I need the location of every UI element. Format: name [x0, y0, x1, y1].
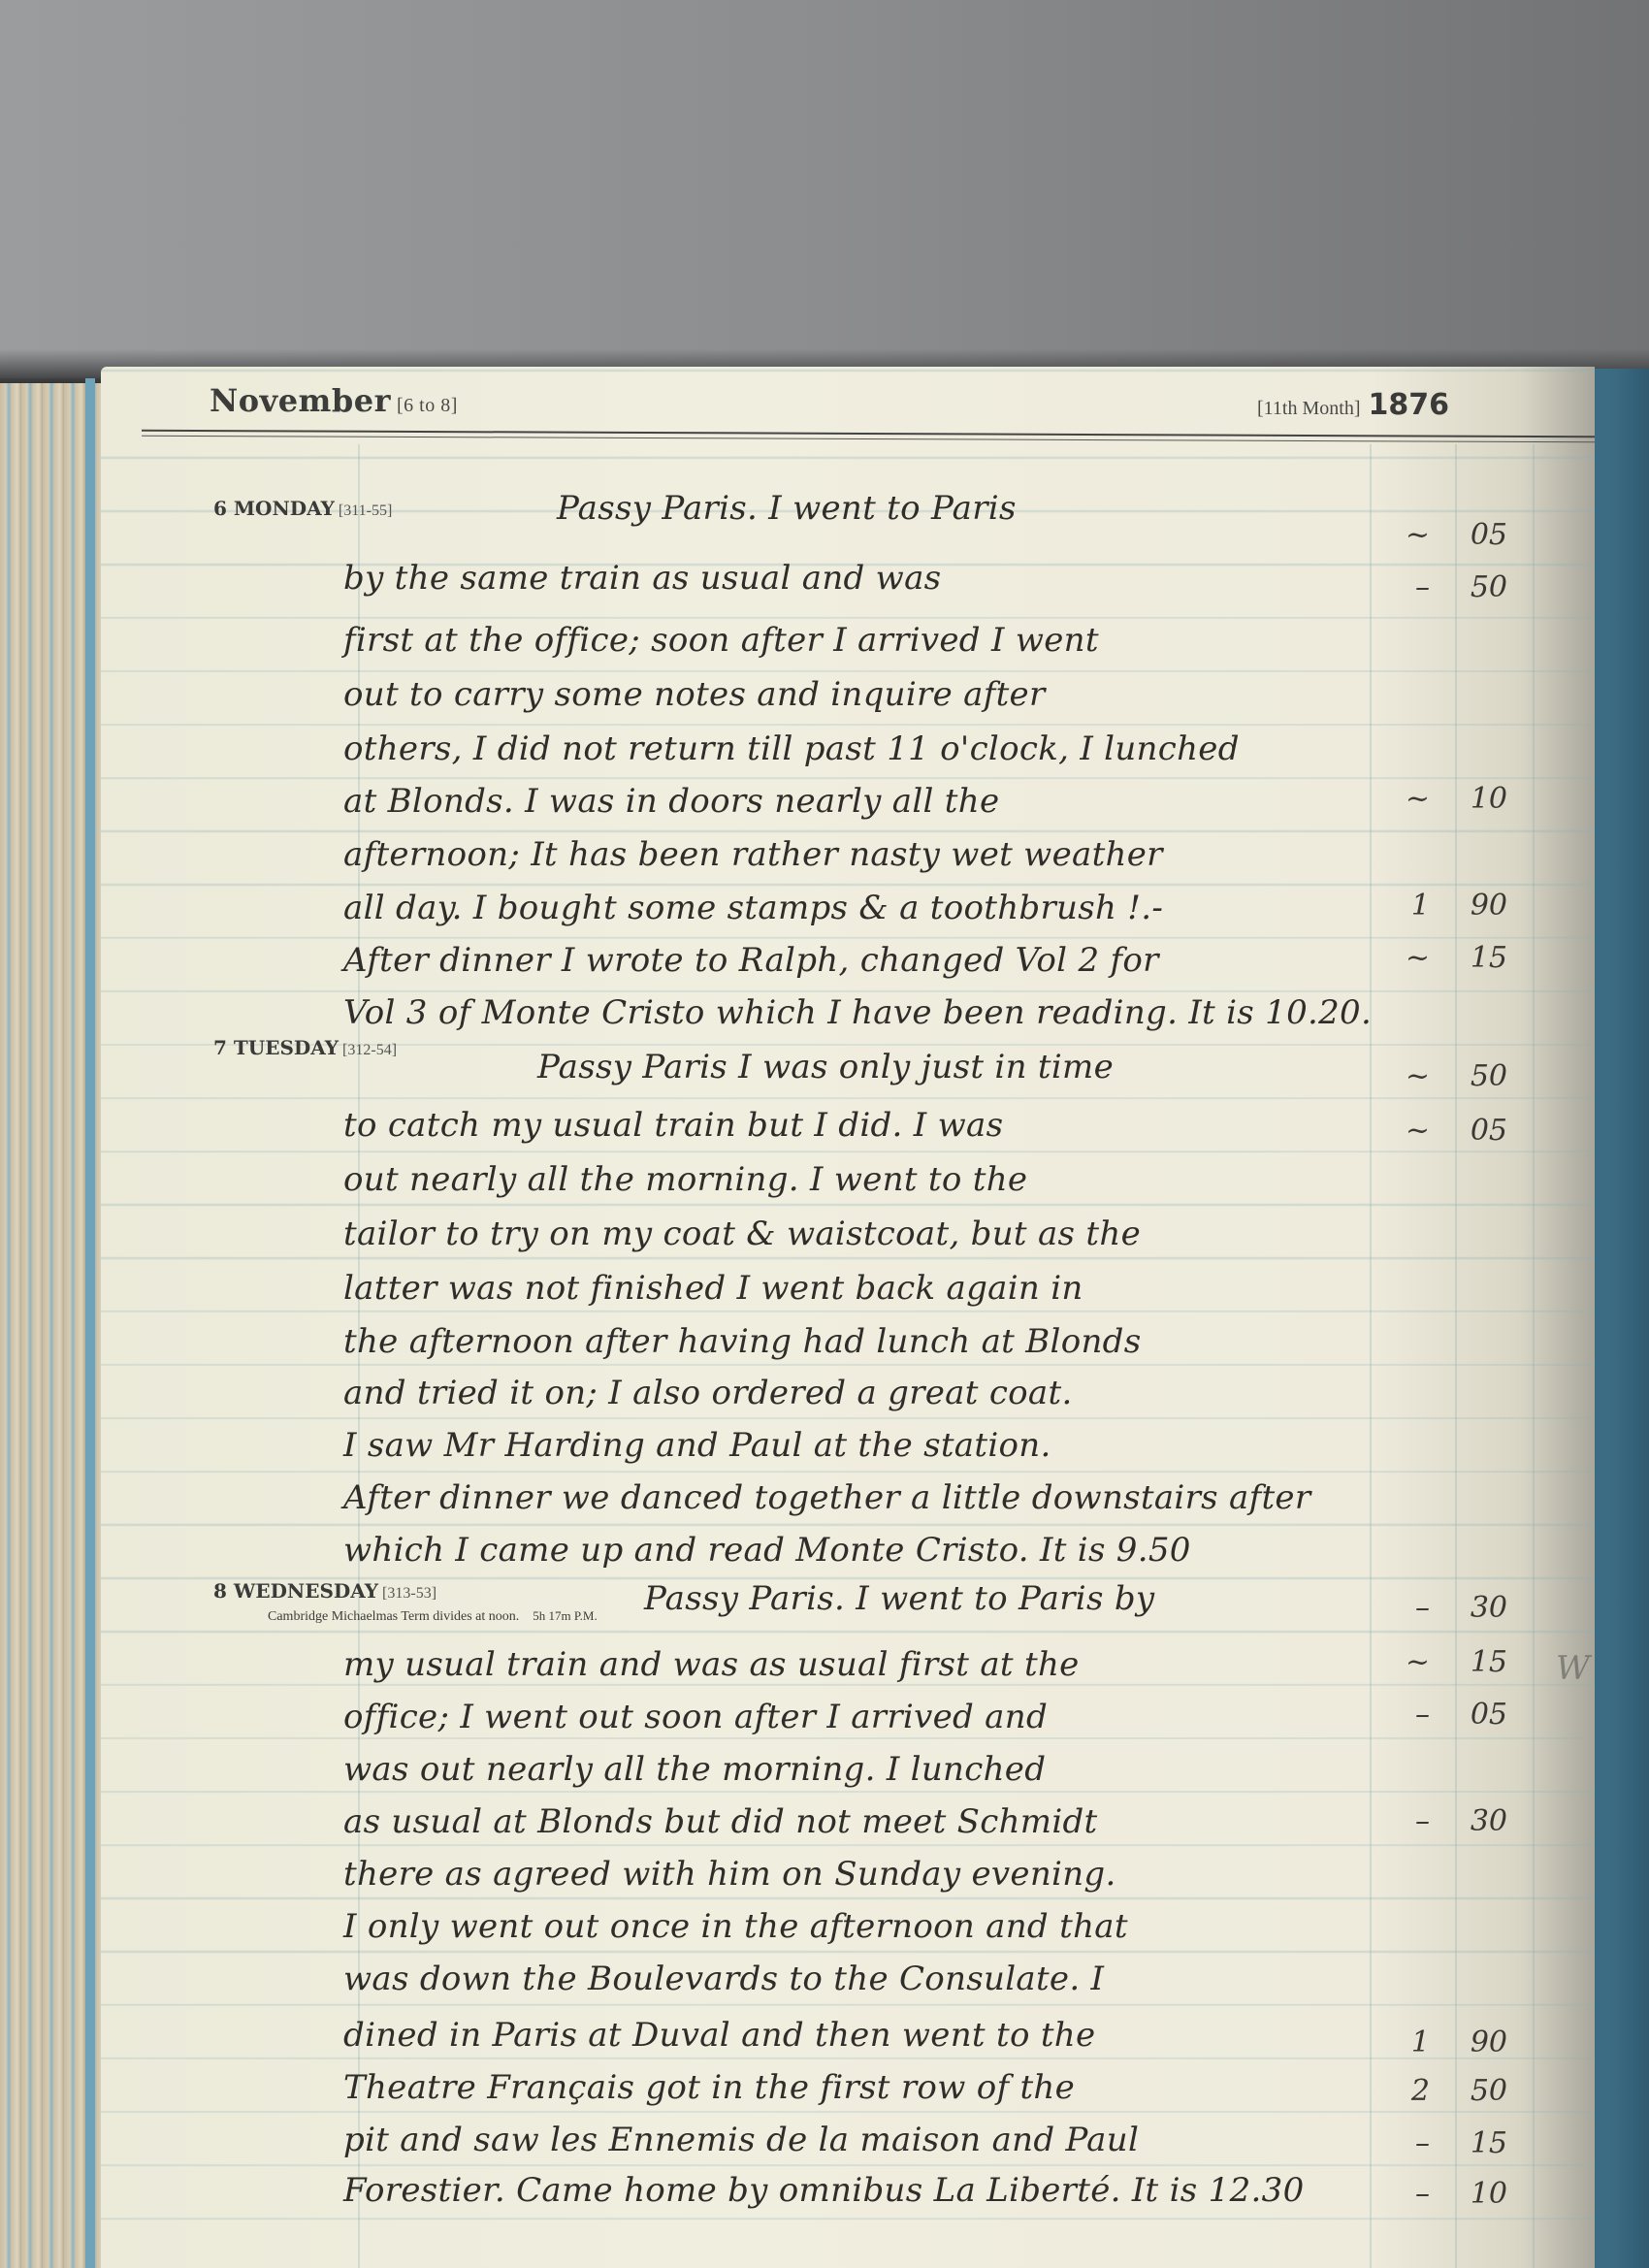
entry-line: to catch my usual train but I did. I was — [343, 1106, 1469, 1145]
date-range: [6 to 8] — [397, 395, 458, 416]
amount-francs: – — [1372, 570, 1430, 604]
amount-row: ~50 — [1372, 1059, 1536, 1093]
entry-line: out nearly all the morning. I went to th… — [343, 1160, 1469, 1199]
amount-row: –10 — [1372, 2177, 1536, 2211]
money-column-rule — [1533, 444, 1535, 2268]
amount-cents: 30 — [1430, 1591, 1507, 1625]
amount-cents: 15 — [1430, 1645, 1507, 1679]
amount-cents: 10 — [1430, 782, 1507, 816]
amount-francs: – — [1372, 1698, 1430, 1732]
entry-line: pit and saw les Ennemis de la maison and… — [343, 2121, 1469, 2159]
entry-line: all day. I bought some stamps & a toothb… — [343, 889, 1469, 927]
amount-cents: 50 — [1430, 1059, 1507, 1093]
amount-row: ~10 — [1372, 782, 1536, 816]
month-number: [11th Month] — [1257, 398, 1360, 419]
day-name: 6 MONDAY — [213, 497, 335, 520]
amount-cents: 50 — [1430, 2074, 1507, 2108]
day-code: [313-53] — [382, 1585, 436, 1602]
amount-cents: 10 — [1430, 2177, 1507, 2211]
amount-francs: – — [1372, 1591, 1430, 1625]
day-code: [312-54] — [342, 1042, 397, 1058]
amount-cents: 15 — [1430, 2126, 1507, 2160]
day-label-tuesday: 7 TUESDAY[312-54] — [213, 1036, 397, 1059]
day-name: 7 TUESDAY — [213, 1036, 339, 1059]
entry-line: I only went out once in the afternoon an… — [343, 1907, 1469, 1946]
amount-francs: 2 — [1372, 2074, 1430, 2108]
amount-cents: 05 — [1430, 1698, 1507, 1732]
entry-line: the afternoon after having had lunch at … — [343, 1322, 1469, 1361]
entry-line: latter was not finished I went back agai… — [343, 1269, 1469, 1308]
amount-cents: 05 — [1430, 518, 1507, 552]
amount-francs: – — [1372, 2177, 1430, 2211]
entry-line: After dinner we danced together a little… — [343, 1478, 1469, 1517]
day-code: [311-55] — [339, 502, 392, 519]
amount-francs: – — [1372, 2126, 1430, 2160]
amount-cents: 15 — [1430, 941, 1507, 975]
entry-line: Vol 3 of Monte Cristo which I have been … — [343, 993, 1469, 1032]
entry-line: was out nearly all the morning. I lunche… — [343, 1750, 1469, 1789]
amount-row: –05 — [1372, 1698, 1536, 1732]
amount-francs: ~ — [1372, 941, 1430, 975]
entry-line: others, I did not return till past 11 o'… — [343, 729, 1469, 768]
amount-francs: ~ — [1372, 1059, 1430, 1093]
amount-row: ~15 — [1372, 941, 1536, 975]
entry-line: Theatre Français got in the first row of… — [343, 2068, 1469, 2107]
amount-cents: 05 — [1430, 1114, 1507, 1148]
amount-row: 250 — [1372, 2074, 1536, 2108]
entry-line: After dinner I wrote to Ralph, changed V… — [343, 941, 1469, 980]
entry-line: as usual at Blonds but did not meet Schm… — [343, 1802, 1469, 1841]
entry-line: my usual train and was as usual first at… — [343, 1645, 1469, 1684]
amount-row: 190 — [1372, 2025, 1536, 2059]
day-label-wednesday: 8 WEDNESDAY[313-53] — [213, 1579, 436, 1603]
entry-line: was down the Boulevards to the Consulate… — [343, 1960, 1469, 1998]
entry-line: at Blonds. I was in doors nearly all the — [343, 782, 1469, 821]
amount-cents: 30 — [1430, 1804, 1507, 1838]
entry-line: Forestier. Came home by omnibus La Liber… — [343, 2171, 1469, 2210]
entry-line: office; I went out soon after I arrived … — [343, 1698, 1469, 1736]
sunset-note: 5h 17m P.M. — [533, 1608, 597, 1623]
amount-row: ~15 — [1372, 1645, 1536, 1679]
amount-row: –30 — [1372, 1591, 1536, 1625]
bleed-through-mark: W — [1556, 1649, 1590, 1688]
amount-francs: ~ — [1372, 782, 1430, 816]
amount-row: –15 — [1372, 2126, 1536, 2160]
amount-francs: ~ — [1372, 1114, 1430, 1148]
entry-line: there as agreed with him on Sunday eveni… — [343, 1855, 1469, 1894]
amount-cents: 50 — [1430, 570, 1507, 604]
entry-line: by the same train as usual and was — [343, 559, 1469, 598]
entry-line: I saw Mr Harding and Paul at the station… — [343, 1426, 1469, 1465]
amount-francs: ~ — [1372, 518, 1430, 552]
entry-line: dined in Paris at Duval and then went to… — [343, 2016, 1469, 2055]
amount-row: ~05 — [1372, 1114, 1536, 1148]
amount-francs: 1 — [1372, 2025, 1430, 2059]
entry-line: and tried it on; I also ordered a great … — [343, 1374, 1469, 1412]
day-name: 8 WEDNESDAY — [213, 1579, 378, 1603]
month-title: November[6 to 8] — [210, 382, 458, 419]
amount-cents: 90 — [1430, 889, 1507, 923]
scan-background — [0, 0, 1649, 378]
entry-line: first at the office; soon after I arrive… — [343, 621, 1469, 660]
month-year: [11th Month]1876 — [1257, 388, 1449, 422]
amount-cents: 90 — [1430, 2025, 1507, 2059]
entry-line: tailor to try on my coat & waistcoat, bu… — [343, 1215, 1469, 1253]
amount-row: –50 — [1372, 570, 1536, 604]
amount-row: –30 — [1372, 1804, 1536, 1838]
diary-page: November[6 to 8] [11th Month]1876 6 MOND… — [101, 367, 1595, 2268]
amount-francs: ~ — [1372, 1645, 1430, 1679]
amount-row: 190 — [1372, 889, 1536, 923]
amount-row: ~05 — [1372, 518, 1536, 552]
page-edge-blue — [85, 378, 95, 2268]
term-note: Cambridge Michaelmas Term divides at noo… — [268, 1609, 519, 1624]
month-name: November — [210, 382, 391, 419]
entry-line: which I came up and read Monte Cristo. I… — [343, 1531, 1469, 1570]
amount-francs: – — [1372, 1804, 1430, 1838]
almanac-note: Cambridge Michaelmas Term divides at noo… — [268, 1608, 598, 1625]
day-label-monday: 6 MONDAY[311-55] — [213, 497, 392, 520]
amount-francs: 1 — [1372, 889, 1430, 923]
entry-line: afternoon; It has been rather nasty wet … — [343, 835, 1469, 874]
year: 1876 — [1369, 388, 1450, 422]
entry-line: out to carry some notes and inquire afte… — [343, 675, 1469, 714]
page-header: November[6 to 8] [11th Month]1876 — [101, 367, 1595, 454]
